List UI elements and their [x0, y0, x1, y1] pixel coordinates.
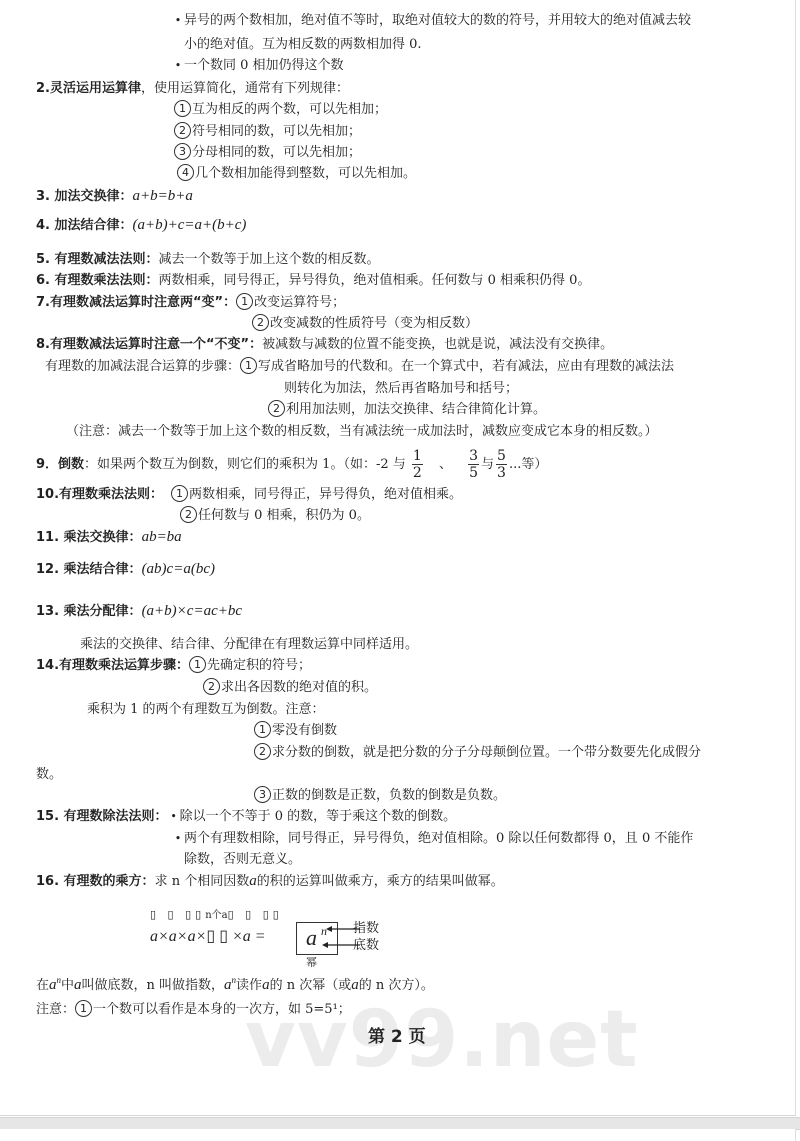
reciprocal-note: 2求分数的倒数，就是把分数的分子分母颠倒位置。一个带分数要先化成假分 — [254, 744, 701, 762]
item-13-note: 乘法的交换律、结合律、分配律在有理数运算中同样适用。 — [80, 636, 418, 654]
item-7: 7.有理数减法运算时注意两“变”：1改变运算符号； — [36, 294, 345, 312]
item-10: 10.有理数乘法法则：1两数相乘，同号得正，异号得负，绝对值相乘。 — [36, 486, 462, 504]
item-9: 9．倒数：如果两个数互为倒数，则它们的乘积为 1。（如：-2 与 12 、 35… — [36, 446, 547, 484]
item-8-step1: 有理数的加减法混合运算的步骤：1写成省略加号的代数和。在一个算式中，若有减法，应… — [45, 358, 674, 376]
item-2-rule: 1互为相反的两个数，可以先相加； — [174, 101, 387, 119]
item-3: 3. 加法交换律：a+b=b+a — [36, 187, 193, 206]
item-16: 16. 有理数的乘方：求 n 个相同因数a的积的运算叫做乘方，乘方的结果叫做幂。 — [36, 872, 504, 891]
circled-number-icon: 2 — [254, 743, 271, 760]
product-expression: a×a×a×▯ ▯ ×a = — [150, 928, 266, 946]
reciprocal-note-wrap: 数。 — [36, 766, 62, 784]
item-15-bullet: •两个有理数相除，同号得正，异号得负，绝对值相除。0 除以任何数都得 0，且 0… — [172, 830, 693, 848]
label-base: 底数 — [353, 937, 379, 955]
item-12: 12. 乘法结合律：(ab)c=a(bc) — [36, 560, 215, 579]
item-14-rule: 2求出各因数的绝对值的积。 — [203, 679, 377, 697]
circled-number-icon: 3 — [254, 786, 271, 803]
page-number: 第 2 页 — [368, 1022, 426, 1047]
circled-number-icon: 2 — [180, 506, 197, 523]
fraction: 53 — [496, 448, 507, 481]
circled-number-icon: 1 — [254, 721, 271, 738]
circled-number-icon: 4 — [177, 164, 194, 181]
power-explanation: 在an中a叫做底数，n 叫做指数，an读作a的 n 次幂（或a的 n 次方）。 — [36, 971, 434, 995]
next-page-edge — [0, 1129, 796, 1141]
item-7-rule: 2改变减数的性质符号（变为相反数） — [252, 315, 478, 333]
circled-number-icon: 1 — [189, 656, 206, 673]
item-10-rule: 2任何数与 0 相乘，积仍为 0。 — [180, 507, 370, 525]
circled-number-icon: 1 — [240, 357, 257, 374]
item-2-rule: 4几个数相加能得到整数，可以先相加。 — [177, 165, 416, 183]
label-exponent: 指数 — [353, 920, 379, 938]
fraction: 12 — [412, 448, 423, 481]
item-13: 13. 乘法分配律：(a+b)×c=ac+bc — [36, 602, 242, 621]
bullet-line: •一个数同 0 相加仍得这个数 — [172, 57, 344, 75]
circled-number-icon: 2 — [252, 314, 269, 331]
fraction: 35 — [468, 448, 479, 481]
reciprocal-intro: 乘积为 1 的两个有理数互为倒数。注意： — [87, 701, 325, 719]
item-4: 4. 加法结合律：(a+b)+c=a+(b+c) — [36, 216, 246, 235]
circled-number-icon: 1 — [174, 100, 191, 117]
bullet-icon: • — [172, 830, 184, 848]
circled-number-icon: 1 — [75, 1000, 92, 1017]
item-11: 11. 乘法交换律：ab=ba — [36, 528, 182, 547]
circled-number-icon: 2 — [268, 400, 285, 417]
watermark: vv99.net — [245, 1000, 639, 1080]
brace-placeholder: ▯ ▯ ▯▯n个a▯ ▯ ▯▯ — [150, 906, 283, 925]
item-6: 6. 有理数乘法法则：两数相乘，同号得正，异号得负，绝对值相乘。任何数与 0 相… — [36, 272, 590, 290]
circled-number-icon: 3 — [174, 143, 191, 160]
power-base: a — [306, 929, 317, 947]
bullet-icon: • — [172, 57, 184, 75]
item-8-note: （注意：减去一个数等于加上这个数的相反数，当有减法统一成加法时，减数应变成它本身… — [66, 423, 658, 441]
bullet-line-cont: 小的绝对值。互为相反数的两数相加得 0. — [184, 36, 422, 54]
item-15: 15. 有理数除法法则：•除以一个不等于 0 的数，等于乘这个数的倒数。 — [36, 808, 456, 826]
item-8: 8.有理数减法运算时注意一个“不变”：被减数与减数的位置不能变换，也就是说，减法… — [36, 336, 613, 354]
item-5: 5. 有理数减法法则：减去一个数等于加上这个数的相反数。 — [36, 251, 380, 269]
item-2-heading: 2.灵活运用运算律，使用运算简化，通常有下列规律： — [36, 80, 349, 98]
circled-number-icon: 1 — [236, 293, 253, 310]
item-8-step1-cont: 则转化为加法，然后再省略加号和括号； — [284, 380, 518, 398]
bullet-line: •异号的两个数相加，绝对值不等时，取绝对值较大的数的符号，并用较大的绝对值减去较 — [172, 12, 691, 30]
item-15-bullet-cont: 除数，否则无意义。 — [184, 851, 301, 869]
reciprocal-note: 3正数的倒数是正数，负数的倒数是负数。 — [254, 787, 506, 805]
bullet-icon: • — [168, 808, 180, 826]
circled-number-icon: 2 — [174, 122, 191, 139]
item-8-step2: 2利用加法则，加法交换律、结合律简化计算。 — [268, 401, 546, 419]
item-2-rule: 2符号相同的数，可以先相加； — [174, 123, 361, 141]
circled-number-icon: 2 — [203, 678, 220, 695]
item-2-rule: 3分母相同的数，可以先相加； — [174, 144, 361, 162]
circled-number-icon: 1 — [171, 485, 188, 502]
bullet-icon: • — [172, 12, 184, 30]
item-14: 14.有理数乘法运算步骤：1先确定积的符号； — [36, 657, 311, 675]
reciprocal-note: 1零没有倒数 — [254, 722, 337, 740]
document-page: •异号的两个数相加，绝对值不等时，取绝对值较大的数的符号，并用较大的绝对值减去较… — [0, 0, 796, 1116]
label-power: 幂 — [306, 954, 317, 972]
